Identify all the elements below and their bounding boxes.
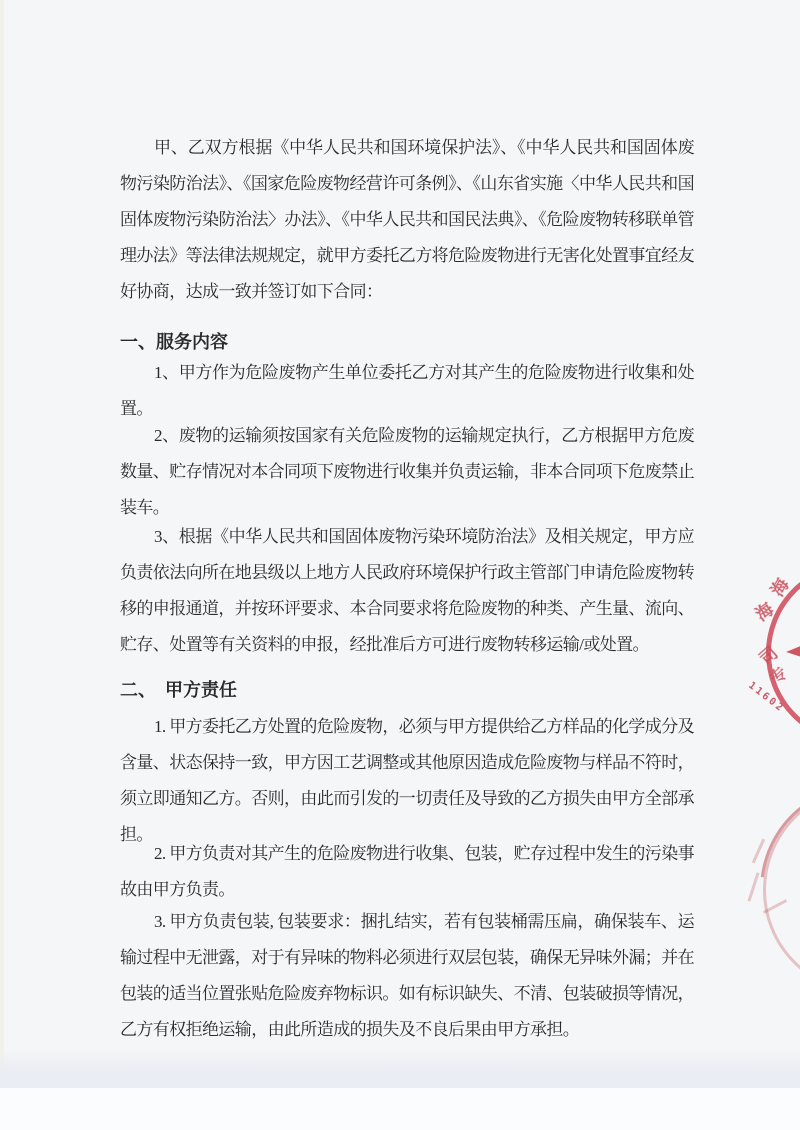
scan-bottom-edge	[0, 1088, 800, 1130]
section-1-item-3: 3、根据《中华人民共和国固体废物污染环境防治法》及相关规定，甲方应负责依法向所在…	[120, 519, 694, 663]
section-1-item-1: 1、甲方作为危险废物产生单位委托乙方对其产生的危险废物进行收集和处置。	[120, 355, 694, 427]
section-1-item-2: 2、废物的运输须按国家有关危险废物的运输规定执行，乙方根据甲方危废数量、贮存情况…	[120, 418, 694, 526]
section-2-item-2: 2. 甲方负责对其产生的危险废物进行收集、包装，贮存过程中发生的污染事故由甲方负…	[120, 836, 694, 908]
seal-arc-char: 海	[749, 595, 777, 625]
scan-shadow-band	[0, 1048, 800, 1088]
section-2-item-1: 1. 甲方委托乙方处置的危险废物，必须与甲方提供给乙方样品的化学成分及含量、状态…	[120, 709, 694, 853]
contract-preamble: 甲、乙双方根据《中华人民共和国环境保护法》、《中华人民共和国固体废物污染防治法》…	[120, 130, 694, 310]
contract-page: 甲、乙双方根据《中华人民共和国环境保护法》、《中华人民共和国固体废物污染防治法》…	[0, 0, 800, 1130]
seal-ink-mark	[763, 899, 787, 914]
section-2-heading: 二、 甲方责任	[120, 672, 694, 708]
seal-ring-icon	[763, 786, 800, 994]
scan-edge-strip	[0, 0, 4, 1130]
seal-star-icon	[786, 643, 800, 659]
seal-ink-mark	[747, 872, 759, 901]
section-2-item-3: 3. 甲方负责包装, 包装要求：捆扎结实，若有包装桶需压扁，确保装车、运输过程中…	[120, 904, 694, 1048]
seal-ink-mark	[752, 839, 765, 864]
seal-arc-char: 海	[763, 573, 793, 601]
seal-top-arc-icon	[717, 740, 800, 1040]
